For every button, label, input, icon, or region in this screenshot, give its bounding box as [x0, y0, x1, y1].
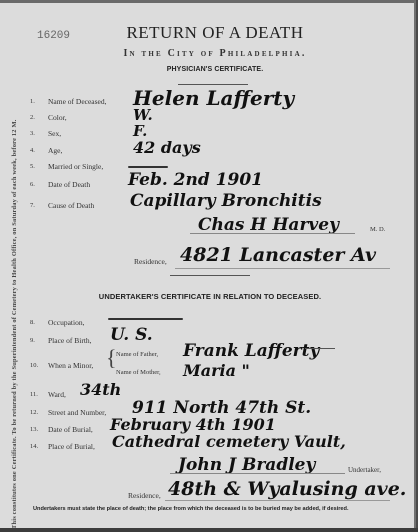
mother-value: Maria " [183, 361, 250, 380]
line [305, 348, 335, 349]
undertaker-signature: John J Bradley [178, 455, 315, 475]
physician-residence-value: 4821 Lancaster Av [180, 244, 376, 266]
father-label: Name of Father, [116, 351, 158, 358]
signature-line [190, 233, 355, 234]
certificate-number: 16209 [37, 30, 70, 42]
mother-label: Name of Mother, [116, 369, 161, 376]
footer-note: Undertakers must state the place of deat… [33, 506, 393, 512]
residence-line [175, 268, 390, 269]
physician-section-heading: PHYSICIAN'S CERTIFICATE. [110, 66, 320, 73]
margin-note: This constitutes one Certificate. To be … [11, 119, 18, 529]
physician-signature: Chas H Harvey [198, 215, 339, 235]
value-age: 42 days [133, 138, 201, 157]
residence-line [165, 500, 390, 501]
undertaker-section-heading: UNDERTAKER'S CERTIFICATE IN RELATION TO … [60, 292, 360, 301]
value-place-of-burial: Cathedral cemetery Vault, [112, 432, 346, 451]
value-ward: 34th [80, 380, 121, 399]
father-value: Frank Lafferty [183, 341, 319, 361]
margin-instructions: This constitutes one Certificate. To be … [6, 9, 20, 529]
blank-married-or-single [128, 166, 168, 168]
value-name-of-deceased: Helen Lafferty [133, 86, 294, 110]
scan-edge [0, 528, 418, 532]
blank-occupation [108, 318, 183, 320]
value-date-of-death: Feb. 2nd 1901 [128, 170, 263, 190]
undertaker-label: Undertaker, [348, 466, 381, 474]
divider [178, 84, 248, 85]
value-cause-of-death: Capillary Bronchitis [130, 191, 322, 211]
md-label: M. D. [370, 226, 385, 233]
signature-line [170, 473, 345, 474]
divider [170, 275, 250, 276]
brace: { [106, 345, 117, 371]
value-place-of-birth: U. S. [110, 325, 153, 345]
document-title: RETURN OF A DEATH [110, 23, 320, 43]
undertaker-residence-value: 48th & Wyalusing ave. [168, 478, 406, 500]
physician-residence-label: Residence, [134, 257, 167, 266]
death-certificate: This constitutes one Certificate. To be … [0, 0, 416, 528]
document-subtitle: In the City of Philadelphia. [70, 48, 360, 59]
undertaker-residence-label: Residence, [128, 491, 161, 500]
